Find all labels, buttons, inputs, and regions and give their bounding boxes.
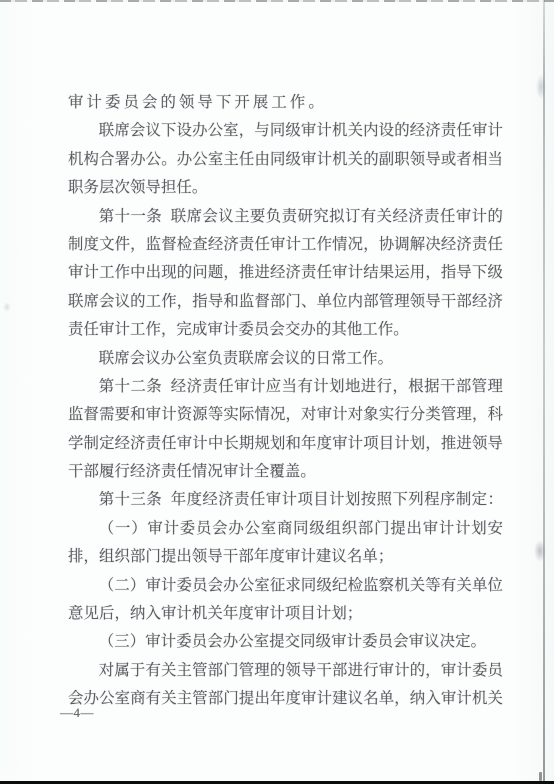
page-number: —4— xyxy=(60,706,94,720)
text-line: 职务层次领导担任。 xyxy=(68,174,503,202)
text-line: 对属于有关主管部门管理的领导干部进行审计的，审计委员 xyxy=(68,657,503,685)
text-line: 学制定经济责任审计中长期规划和年度审计项目计划，推进领导 xyxy=(68,430,503,458)
text-line: 机构合署办公。办公室主任由同级审计机关的副职领导或者相当 xyxy=(68,146,503,174)
scan-artifact-tick xyxy=(539,772,542,781)
text-line: 意见后，纳入审计机关年度审计项目计划； xyxy=(68,600,503,628)
text-line: 干部履行经济责任情况审计全覆盖。 xyxy=(68,458,503,486)
document-text-block: 审计委员会的领导下开展工作。联席会议下设办公室，与同级审计机关内设的经济责任审计… xyxy=(68,89,503,714)
text-line: 监督需要和审计资源等实际情况，对审计对象实行分类管理，科 xyxy=(68,401,503,429)
scan-artifact-smudge xyxy=(534,540,546,562)
text-line: 制度文件，监督检查经济责任审计工作情况，协调解决经济责任 xyxy=(68,231,503,259)
text-line: 审计委员会的领导下开展工作。 xyxy=(68,89,503,117)
text-line: （二）审计委员会办公室征求同级纪检监察机关等有关单位 xyxy=(68,572,503,600)
text-line: 联席会议办公室负责联席会议的日常工作。 xyxy=(68,345,503,373)
text-line: 第十二条 经济责任审计应当有计划地进行，根据干部管理 xyxy=(68,373,503,401)
scan-artifact-smudge xyxy=(3,302,11,312)
text-line: （一）审计委员会办公室商同级组织部门提出审计计划安 xyxy=(68,515,503,543)
text-line: 联席会议的工作，指导和监督部门、单位内部管理领导干部经济 xyxy=(68,288,503,316)
text-line: 第十一条 联席会议主要负责研究拟订有关经济责任审计的 xyxy=(68,203,503,231)
scan-artifact-smudge xyxy=(536,74,546,100)
scan-artifact-right-edge-line xyxy=(543,0,545,784)
text-line: 会办公室商有关主管部门提出年度审计建议名单，纳入审计机关 xyxy=(68,685,503,713)
scan-artifact-top-edge xyxy=(0,0,554,2)
text-line: 审计工作中出现的问题，推进经济责任审计结果运用，指导下级 xyxy=(68,259,503,287)
text-line: （三）审计委员会办公室提交同级审计委员会审议决定。 xyxy=(68,628,503,656)
text-line: 第十三条 年度经济责任审计项目计划按照下列程序制定： xyxy=(68,486,503,514)
text-line: 排，组织部门提出领导干部年度审计建议名单； xyxy=(68,543,503,571)
text-line: 联席会议下设办公室，与同级审计机关内设的经济责任审计 xyxy=(68,117,503,145)
text-line: 责任审计工作，完成审计委员会交办的其他工作。 xyxy=(68,316,503,344)
scanned-document-page: 审计委员会的领导下开展工作。联席会议下设办公室，与同级审计机关内设的经济责任审计… xyxy=(0,0,554,784)
